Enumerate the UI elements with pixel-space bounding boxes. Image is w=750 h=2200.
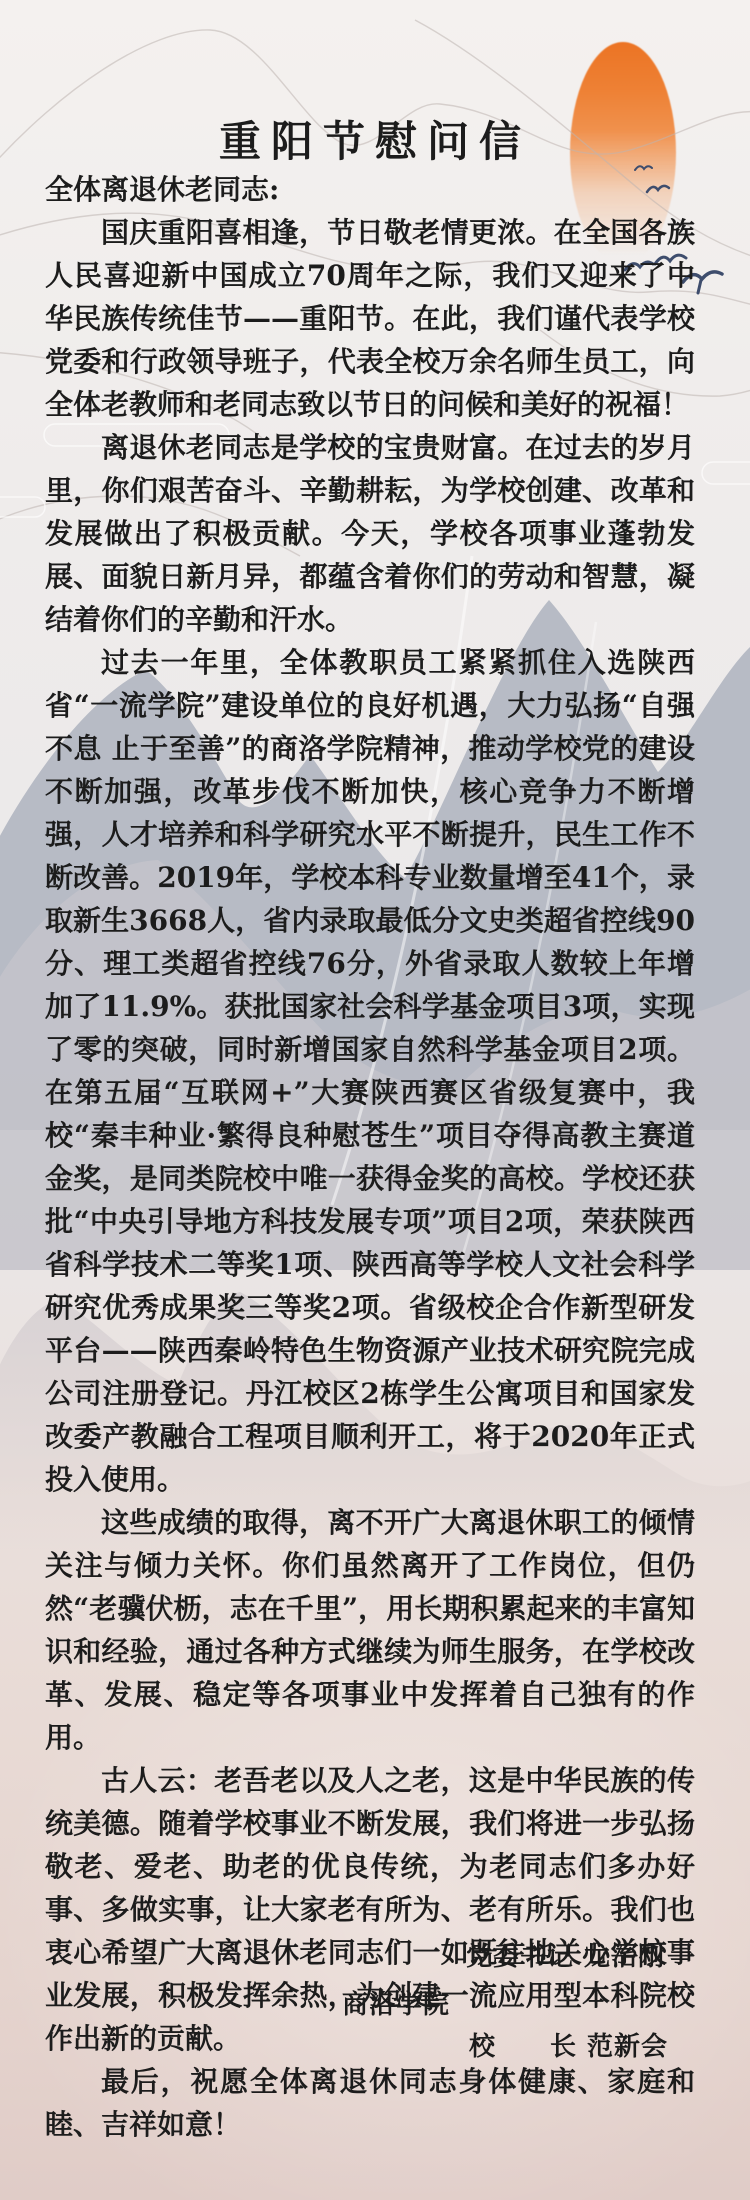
capsule-outline [702, 462, 750, 484]
paragraph-4: 这些成绩的取得，离不开广大离退休职工的倾情关注与倾力关怀。你们虽然离开了工作岗位… [45, 1501, 695, 1759]
paragraph-2: 离退休老同志是学校的宝贵财富。在过去的岁月里，你们艰苦奋斗、辛勤耕耘，为学校创建… [45, 426, 695, 641]
salutation: 全体离退休老同志: [45, 168, 695, 211]
paragraph-3: 过去一年里，全体教职员工紧紧抓住入选陕西省“一流学院”建设单位的良好机遇，大力弘… [45, 641, 695, 1501]
signature-president: 校 长 范新会 [469, 2026, 668, 2063]
paragraph-1: 国庆重阳喜相逢，节日敬老情更浓。在全国各族人民喜迎新中国成立70周年之际，我们又… [45, 211, 695, 426]
signature-secretary: 党委书记 龙治刚 [466, 1936, 665, 1973]
capsule-outline [0, 497, 45, 517]
paragraph-6: 最后，祝愿全体离退休同志身体健康、家庭和睦、吉祥如意！ [45, 2060, 695, 2146]
letter-title: 重阳节慰问信 [0, 118, 750, 166]
signature-organization: 商洛学院 [342, 1984, 450, 2021]
bird-icon [698, 280, 701, 293]
letter-page: 重阳节慰问信 全体离退休老同志: 国庆重阳喜相逢，节日敬老情更浓。在全国各族人民… [0, 0, 750, 2200]
letter-body: 全体离退休老同志: 国庆重阳喜相逢，节日敬老情更浓。在全国各族人民喜迎新中国成立… [45, 168, 695, 2146]
